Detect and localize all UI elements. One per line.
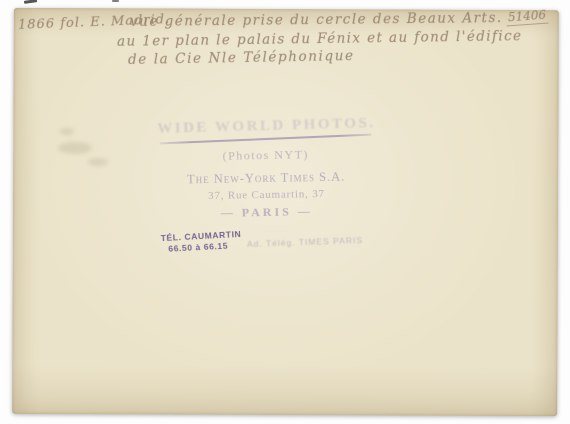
pencil-smudge	[88, 158, 108, 166]
stamp-street-address: 37, Rue Caumartin, 37	[158, 187, 374, 203]
pencil-smudge	[60, 128, 74, 135]
stamp-company-name: The New-York Times S.A.	[158, 169, 374, 188]
scan-artifact	[24, 0, 37, 4]
agency-stamp: WIDE WORLD PHOTOS. (Photos NYT) The New-…	[157, 116, 375, 222]
pencil-smudge	[58, 142, 92, 154]
stamp-photos-nyt: (Photos NYT)	[158, 146, 374, 165]
stamp-telephone-block: TÉL. CAUMARTIN 66.50 à 66.15	[160, 229, 242, 255]
scan-artifact	[112, 0, 119, 2]
handwritten-archive-number: 51406	[505, 8, 548, 27]
